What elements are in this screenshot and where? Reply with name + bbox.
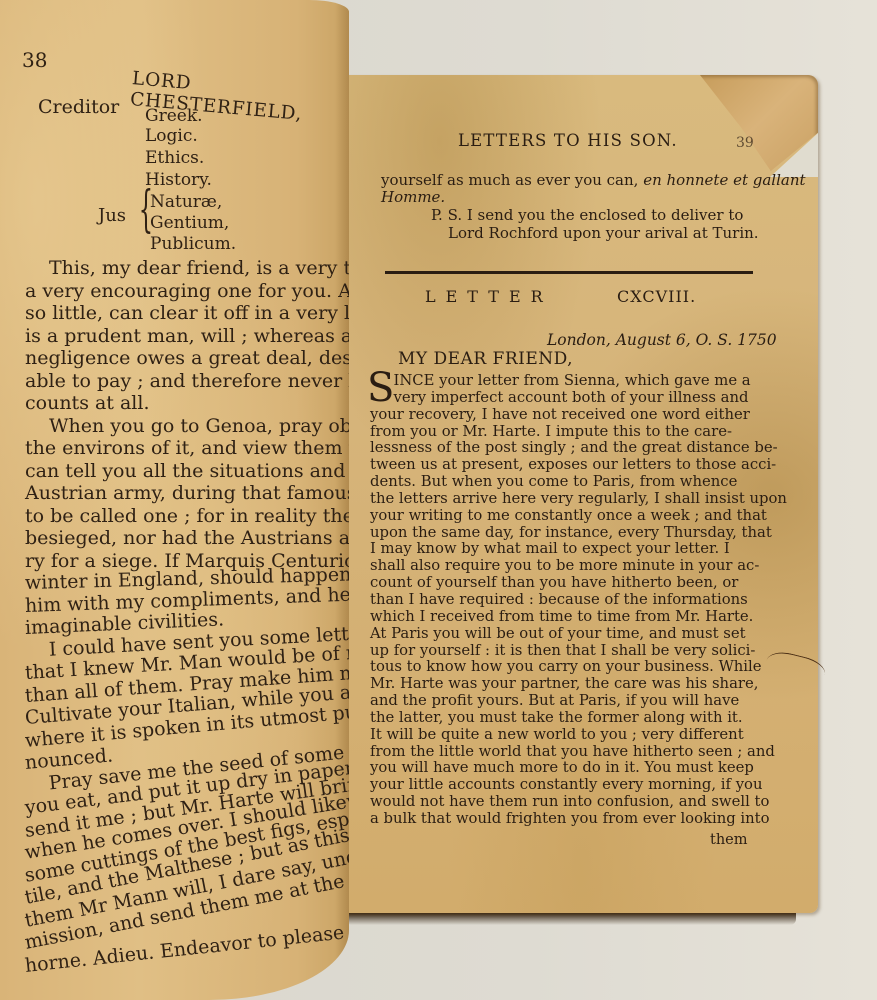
body-line: tween us at present, exposes our letters… bbox=[370, 457, 787, 474]
body-line: can tell you all the situations and oper… bbox=[25, 460, 349, 483]
body-line: At Paris you will be out of your time, a… bbox=[370, 626, 787, 643]
body-line: than I have required : because of the in… bbox=[370, 592, 787, 609]
page-number-left: 38 bbox=[22, 48, 47, 72]
creditor-label: Creditor bbox=[38, 96, 119, 118]
body-line: you will have much more to do in it. You… bbox=[370, 760, 787, 777]
right-page: LETTERS TO HIS SON. 39 yourself as much … bbox=[345, 75, 818, 913]
subject-item: Greek. bbox=[145, 106, 203, 126]
catchword: them bbox=[710, 832, 748, 848]
running-head-right: LETTERS TO HIS SON. bbox=[458, 131, 678, 150]
body-line: from the little world that you have hith… bbox=[370, 744, 787, 761]
body-line: tous to know how you carry on your busin… bbox=[370, 659, 787, 676]
body-line: counts at all. bbox=[25, 392, 349, 415]
continuation-line-1: yourself as much as ever you can, en hon… bbox=[381, 172, 806, 189]
body-line: up for yourself : it is then that I shal… bbox=[370, 643, 787, 660]
body-line: able to pay ; and therefore never looks … bbox=[25, 370, 349, 393]
left-page: 38 LORD CHESTERFIELD, Creditor Greek. Lo… bbox=[0, 0, 349, 1000]
subject-item: Ethics. bbox=[145, 148, 204, 168]
jus-item: Gentium, bbox=[150, 213, 229, 233]
continuation-italic: en honnete et gallant bbox=[643, 171, 805, 189]
body-line: so little, can clear it off in a very li… bbox=[25, 302, 349, 325]
letter-number: CXCVIII. bbox=[617, 287, 696, 306]
letter-body: INCE your letter from Sienna, which gave… bbox=[370, 373, 787, 828]
section-rule bbox=[385, 271, 753, 274]
body-line: besieged, nor had the Austrians any one … bbox=[25, 527, 349, 550]
body-line: which I received from time to time from … bbox=[370, 609, 787, 626]
body-line: dents. But when you come to Paris, from … bbox=[370, 474, 787, 491]
dateline-date: August 6, O. S. 1750 bbox=[616, 331, 777, 349]
body-line: When you go to Genoa, pray observe care- bbox=[25, 415, 349, 438]
letter-label: LETTER bbox=[425, 287, 553, 306]
body-line: the letters arrive here very regularly, … bbox=[370, 491, 787, 508]
continuation-roman: yourself as much as ever you can, bbox=[381, 171, 638, 189]
page-number-right: 39 bbox=[736, 135, 754, 151]
body-line: the environs of it, and view them with s… bbox=[25, 437, 349, 460]
body-line: and the profit yours. But at Paris, if y… bbox=[370, 693, 787, 710]
body-line: count of yourself than you have hitherto… bbox=[370, 575, 787, 592]
body-line: shall also require you to be more minute… bbox=[370, 558, 787, 575]
body-line: the latter, you must take the former alo… bbox=[370, 710, 787, 727]
body-line: is a prudent man, will ; whereas a man, … bbox=[25, 325, 349, 348]
body-line: your recovery, I have not received one w… bbox=[370, 407, 787, 424]
jus-label: Jus bbox=[98, 205, 126, 226]
body-line: INCE your letter from Sienna, which gave… bbox=[370, 373, 787, 390]
dateline-place: London, bbox=[547, 331, 611, 349]
body-line: would not have them run into confusion, … bbox=[370, 794, 787, 811]
subject-item: Logic. bbox=[145, 126, 198, 146]
continuation-line-2: Homme. bbox=[381, 189, 445, 206]
body-line: very imperfect account both of your illn… bbox=[370, 390, 787, 407]
left-page-body: This, my dear friend, is a very true acc… bbox=[25, 257, 349, 977]
body-line: a very encouraging one for you. A man wh… bbox=[25, 280, 349, 303]
postscript-line-1: P. S. I send you the enclosed to deliver… bbox=[431, 207, 743, 224]
body-line: a bulk that would frighten you from ever… bbox=[370, 811, 787, 828]
body-line: I may know by what mail to expect your l… bbox=[370, 541, 787, 558]
subject-item: History. bbox=[145, 170, 212, 190]
dateline: London, August 6, O. S. 1750 bbox=[547, 331, 777, 349]
postscript-line-2: Lord Rochford upon your arival at Turin. bbox=[448, 225, 759, 242]
body-line: your writing to me constantly once a wee… bbox=[370, 508, 787, 525]
salutation: MY DEAR FRIEND, bbox=[398, 349, 573, 369]
body-line: from you or Mr. Harte. I impute this to … bbox=[370, 424, 787, 441]
body-line: It will be quite a new world to you ; ve… bbox=[370, 727, 787, 744]
body-line: Mr. Harte was your partner, the care was… bbox=[370, 676, 787, 693]
photo-scene: LETTERS TO HIS SON. 39 yourself as much … bbox=[0, 0, 877, 1000]
jus-item: Naturæ, bbox=[150, 192, 222, 212]
body-line: lessness of the post singly ; and the gr… bbox=[370, 440, 787, 457]
body-line: This, my dear friend, is a very true acc… bbox=[25, 257, 349, 280]
body-line: Austrian army, during that famous siege,… bbox=[25, 482, 349, 505]
body-line: negligence owes a great deal, despairs o… bbox=[25, 347, 349, 370]
body-line: upon the same day, for instance, every T… bbox=[370, 525, 787, 542]
jus-item: Publicum. bbox=[150, 234, 236, 254]
body-line: your little accounts constantly every mo… bbox=[370, 777, 787, 794]
body-line: to be called one ; for in reality the to… bbox=[25, 505, 349, 528]
